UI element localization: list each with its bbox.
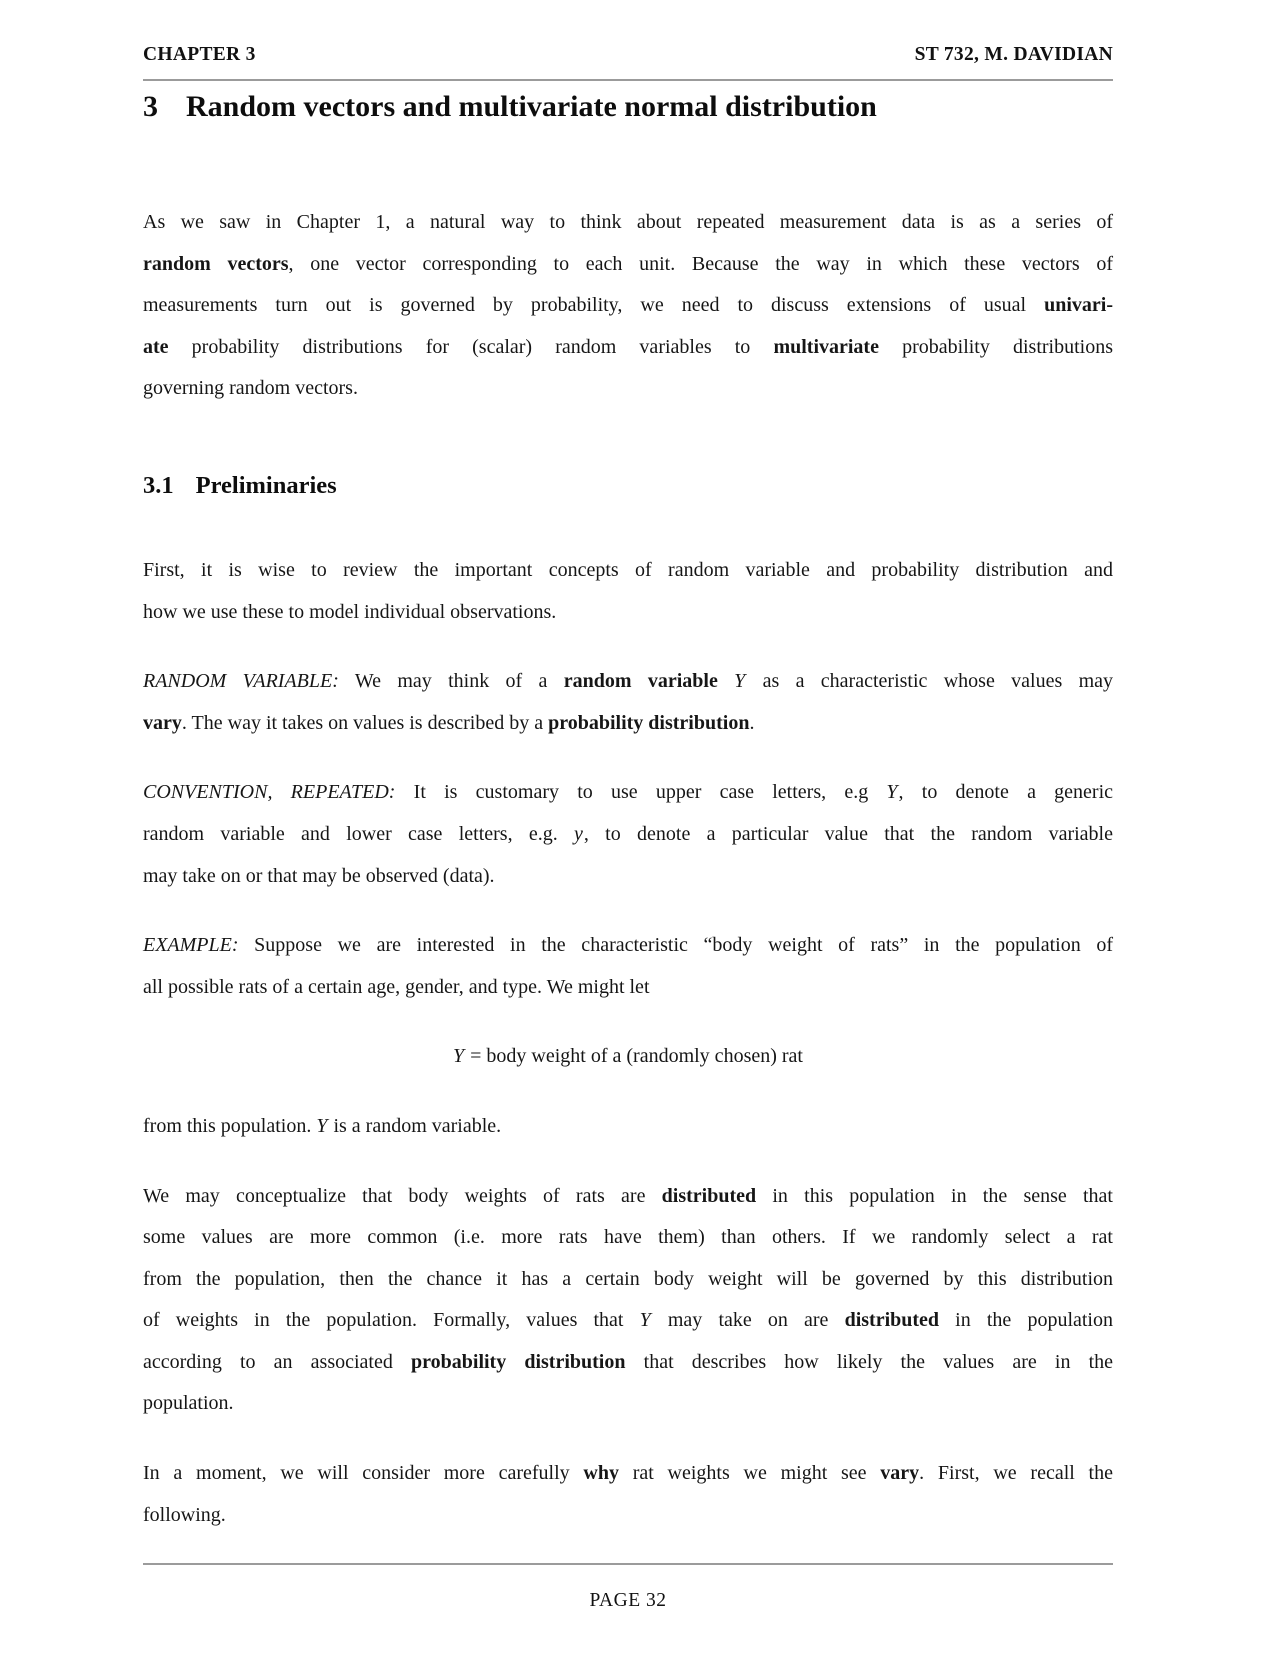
text-line: ate probability distributions for (scala… bbox=[143, 327, 1113, 369]
text-line: all possible rats of a certain age, gend… bbox=[143, 967, 1113, 1009]
display-equation: Y = body weight of a (randomly chosen) r… bbox=[143, 1036, 1113, 1078]
text-line: CONVENTION, REPEATED: It is customary to… bbox=[143, 772, 1113, 814]
paragraph-random-variable: RANDOM VARIABLE: We may think of a rando… bbox=[143, 661, 1113, 744]
text-line: vary. The way it takes on values is desc… bbox=[143, 703, 1113, 745]
paragraph-first: First, it is wise to review the importan… bbox=[143, 550, 1113, 633]
text-line: following. bbox=[143, 1495, 1113, 1537]
text-line: governing random vectors. bbox=[143, 368, 1113, 410]
section-heading-text: Preliminaries bbox=[196, 472, 337, 499]
chapter-number: 3 bbox=[143, 90, 158, 123]
text-line: according to an associated probability d… bbox=[143, 1342, 1113, 1384]
header-rule bbox=[143, 79, 1113, 81]
text-line: of weights in the population. Formally, … bbox=[143, 1300, 1113, 1342]
text-line: measurements turn out is governed by pro… bbox=[143, 285, 1113, 327]
chapter-label: CHAPTER 3 bbox=[143, 44, 256, 66]
text-line: EXAMPLE: Suppose we are interested in th… bbox=[143, 925, 1113, 967]
chapter-heading: 3Random vectors and multivariate normal … bbox=[143, 88, 1143, 126]
footer-rule bbox=[143, 1563, 1113, 1565]
paragraph-distributed: We may conceptualize that body weights o… bbox=[143, 1176, 1113, 1426]
text-line: population. bbox=[143, 1383, 1113, 1425]
page-number: PAGE 32 bbox=[143, 1590, 1113, 1612]
paragraph-example: EXAMPLE: Suppose we are interested in th… bbox=[143, 925, 1113, 1008]
text-line: RANDOM VARIABLE: We may think of a rando… bbox=[143, 661, 1113, 703]
paragraph-closing: In a moment, we will consider more caref… bbox=[143, 1453, 1113, 1536]
text-line: may take on or that may be observed (dat… bbox=[143, 856, 1113, 898]
section-number: 3.1 bbox=[143, 472, 174, 499]
document-page: CHAPTER 3 ST 732, M. DAVIDIAN 3Random ve… bbox=[0, 0, 1280, 1656]
course-label: ST 732, M. DAVIDIAN bbox=[915, 44, 1113, 66]
running-head: CHAPTER 3 ST 732, M. DAVIDIAN bbox=[143, 44, 1113, 66]
text-line: some values are more common (i.e. more r… bbox=[143, 1217, 1113, 1259]
text-line: how we use these to model individual obs… bbox=[143, 592, 1113, 634]
paragraph-intro: As we saw in Chapter 1, a natural way to… bbox=[143, 202, 1113, 410]
text-line: from the population, then the chance it … bbox=[143, 1259, 1113, 1301]
chapter-heading-text: Random vectors and multivariate normal d… bbox=[186, 90, 877, 123]
text-line: As we saw in Chapter 1, a natural way to… bbox=[143, 202, 1113, 244]
text-line: random variable and lower case letters, … bbox=[143, 814, 1113, 856]
body-column: As we saw in Chapter 1, a natural way to… bbox=[143, 202, 1113, 1564]
text-line: We may conceptualize that body weights o… bbox=[143, 1176, 1113, 1218]
section-heading: 3.1Preliminaries bbox=[143, 468, 1113, 550]
paragraph-convention: CONVENTION, REPEATED: It is customary to… bbox=[143, 772, 1113, 897]
text-line: In a moment, we will consider more caref… bbox=[143, 1453, 1113, 1495]
text-line: First, it is wise to review the importan… bbox=[143, 550, 1113, 592]
text-line: random vectors, one vector corresponding… bbox=[143, 244, 1113, 286]
paragraph-population: from this population. Y is a random vari… bbox=[143, 1106, 1113, 1148]
text-line: from this population. Y is a random vari… bbox=[143, 1106, 1113, 1148]
